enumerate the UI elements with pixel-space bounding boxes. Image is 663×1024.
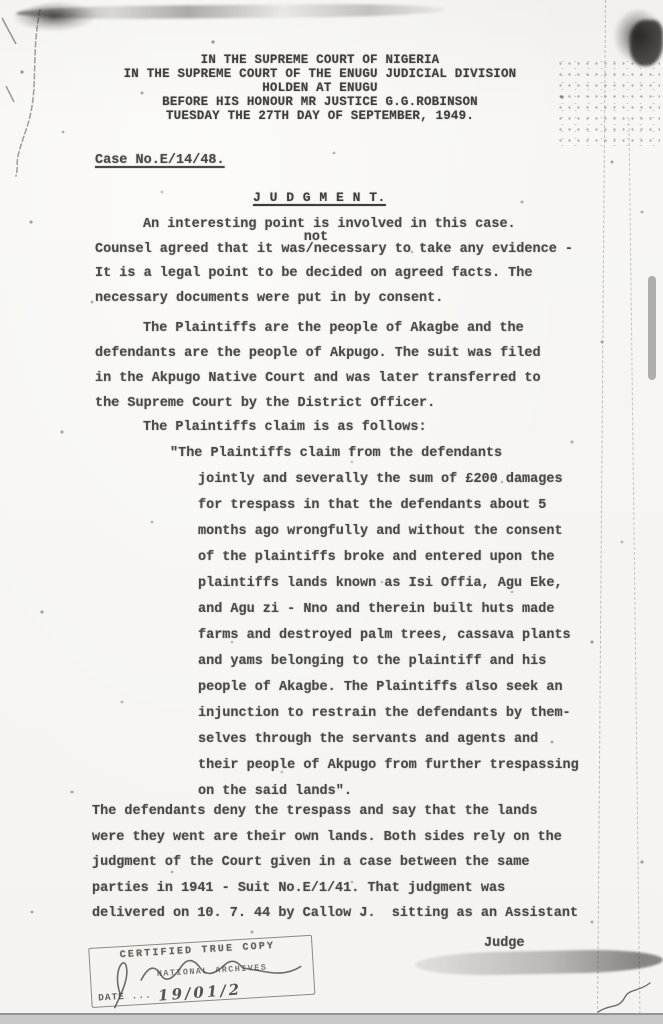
quote-line: selves through the servants and agents a… [198, 727, 579, 753]
text-segment: Counsel agreed that it was/ [95, 242, 314, 257]
quote-line: for trespass in that the defendants abou… [198, 493, 579, 519]
paragraph-intro: An interesting point is involved in this… [95, 213, 573, 311]
page-bottom-edge [0, 1013, 663, 1024]
text-line: were they went are their own lands. Both… [92, 825, 578, 851]
paper-crease-line [597, 0, 606, 1024]
header-line: IN THE SUPREME COURT OF NIGERIA [0, 54, 640, 68]
scrollbar-thumb[interactable] [648, 276, 656, 380]
scan-dust-specks [0, 0, 2, 2]
quote-line: and Agu zi - Nno and therein built huts … [198, 597, 579, 623]
header-line: BEFORE HIS HONOUR MR JUSTICE G.G.ROBINSO… [0, 96, 640, 110]
quote-line: plaintiffs lands known as Isi Offia, Agu… [198, 571, 579, 597]
text-line: judgment of the Court given in a case be… [92, 850, 578, 876]
paper-crease-line [628, 118, 640, 1024]
quoted-claim-block: "The Plaintiffs claim from the defendant… [198, 441, 579, 805]
text-line: the Supreme Court by the District Office… [95, 391, 541, 416]
case-number: Case No.E/14/48. [95, 153, 225, 168]
quote-line: and yams belonging to the plaintiff and … [198, 649, 579, 675]
text-line: necessary documents were put in by conse… [95, 287, 573, 312]
scan-blob-top-left [12, 1, 132, 35]
quote-line: their people of Akpugo from further tres… [198, 753, 579, 779]
text-line-with-insertion: Counsel agreed that it was/notnecessary … [95, 238, 573, 263]
quote-line: "The Plaintiffs claim from the defendant… [170, 441, 579, 467]
quote-line: of the plaintiffs broke and entered upon… [198, 545, 579, 571]
paragraph-claim-lead: The Plaintiffs claim is as follows: [143, 415, 427, 440]
document-scan-viewer: IN THE SUPREME COURT OF NIGERIA IN THE S… [0, 0, 663, 1024]
paragraph-defence: The defendants deny the trespass and say… [92, 799, 578, 927]
quote-line: injunction to restrain the defendants by… [198, 701, 579, 727]
text-segment: necessary to take any evidence - [314, 242, 573, 257]
header-line: TUESDAY THE 27TH DAY OF SEPTEMBER, 1949. [0, 110, 640, 124]
certification-stamp: CERTIFIED TRUE COPY NATIONAL ARCHIVES DA… [88, 935, 315, 1008]
judgment-title: J U D G M E N T. [253, 190, 386, 205]
quote-line: months ago wrongfully and without the co… [198, 519, 579, 545]
header-line: HOLDEN AT ENUGU [0, 82, 640, 96]
judge-signature-label: Judge [484, 936, 525, 951]
header-line: IN THE SUPREME COURT OF THE ENUGU JUDICI… [0, 68, 640, 82]
quote-line: jointly and severally the sum of £200 da… [198, 467, 579, 493]
text-line: The Plaintiffs are the people of Akagbe … [143, 316, 541, 341]
paragraph-parties: The Plaintiffs are the people of Akagbe … [95, 316, 541, 416]
text-line: The defendants deny the trespass and say… [92, 799, 578, 825]
text-line: parties in 1941 - Suit No.E/1/41. That j… [92, 876, 578, 902]
quote-line: people of Akagbe. The Plaintiffs also se… [198, 675, 579, 701]
quote-line: farms and destroyed palm trees, cassava … [198, 623, 579, 649]
scan-smudge-bottom-right [415, 948, 663, 976]
signature-scrawl [89, 929, 333, 1023]
text-line: defendants are the people of Akpugo. The… [95, 341, 541, 366]
text-line: It is a legal point to be decided on agr… [95, 262, 573, 287]
text-line: delivered on 10. 7. 44 by Callow J. sitt… [92, 901, 578, 927]
text-line: An interesting point is involved in this… [143, 213, 573, 238]
court-header: IN THE SUPREME COURT OF NIGERIA IN THE S… [0, 54, 640, 124]
text-line: in the Akpugo Native Court and was later… [95, 366, 541, 391]
